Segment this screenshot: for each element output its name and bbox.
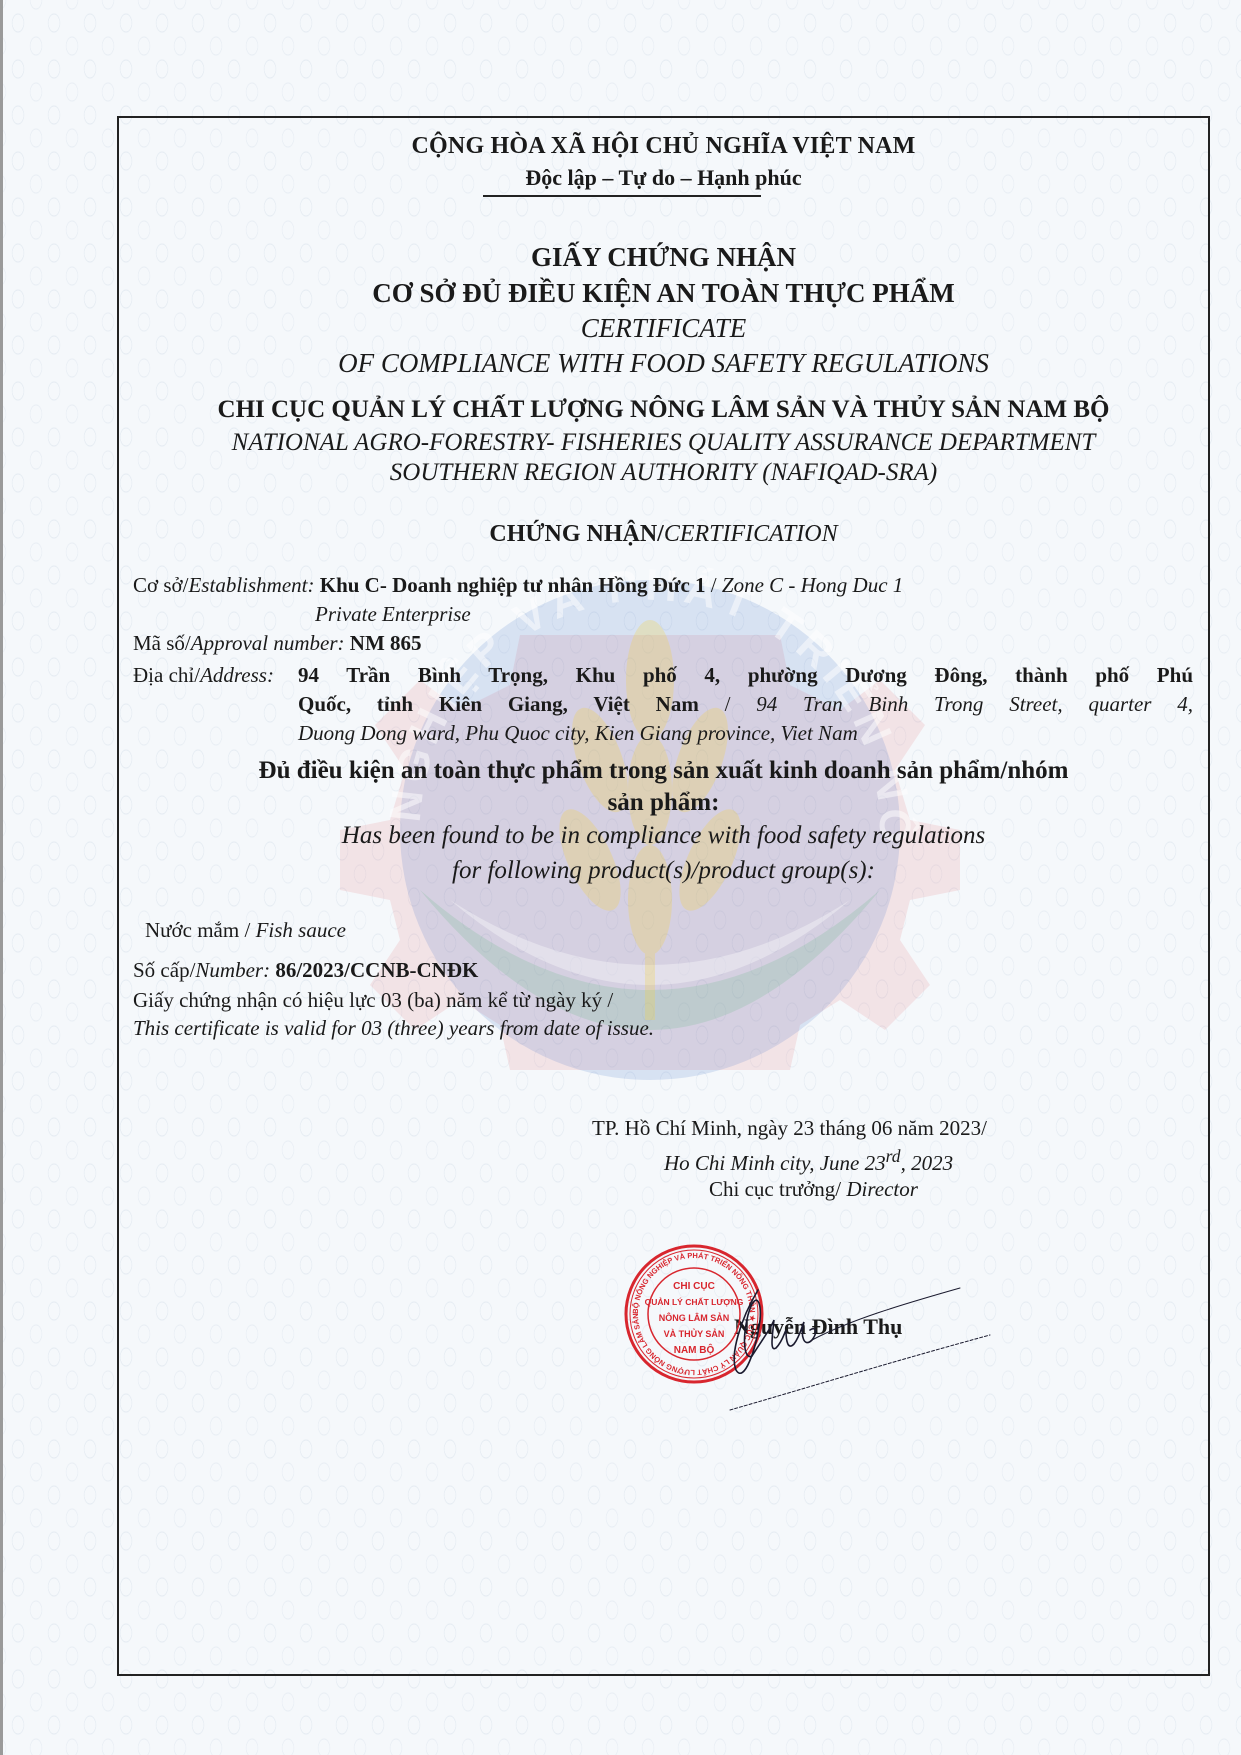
signer-role: Chi cục trưởng/ Director [709, 1177, 918, 1202]
validity-en: This certificate is valid for 03 (three)… [133, 1014, 654, 1042]
issuer-en-line2: SOUTHERN REGION AUTHORITY (NAFIQAD-SRA) [117, 459, 1210, 487]
issuer-en-line1: NATIONAL AGRO-FORESTRY- FISHERIES QUALIT… [117, 429, 1210, 457]
issuer-vi: CHI CỤC QUẢN LÝ CHẤT LƯỢNG NÔNG LÂM SẢN … [117, 396, 1210, 424]
handwritten-signature-icon [700, 1260, 1000, 1430]
certificate-number-row: Số cấp/Number: 86/2023/CCNB-CNĐK [133, 956, 478, 984]
certification-heading: CHỨNG NHẬN/CERTIFICATION [117, 521, 1210, 548]
approval-number: NM 865 [350, 631, 422, 655]
certificate-number: 86/2023/CCNB-CNĐK [275, 958, 478, 982]
approval-row: Mã số/Approval number: NM 865 [133, 629, 422, 657]
compliance-en-line2: for following product(s)/product group(s… [117, 857, 1210, 885]
motto-underline [483, 195, 761, 197]
scan-edge [0, 0, 3, 1755]
compliance-en-line1: Has been found to be in compliance with … [117, 822, 1210, 850]
address-label: Địa chỉ/Address: [133, 661, 274, 689]
national-motto: Độc lập – Tự do – Hạnh phúc [117, 165, 1210, 191]
country-name: CỘNG HÒA XÃ HỘI CHỦ NGHĨA VIỆT NAM [117, 133, 1210, 160]
issue-date-en: Ho Chi Minh city, June 23rd, 2023 [664, 1146, 953, 1176]
title-vi-line1: GIẤY CHỨNG NHẬN [117, 242, 1210, 273]
validity-vi: Giấy chứng nhận có hiệu lực 03 (ba) năm … [133, 986, 613, 1014]
establishment-label-vi: Cơ sở/ [133, 573, 188, 597]
establishment-label-en: Establishment: [188, 573, 314, 597]
compliance-vi-line2: sản phẩm: [117, 789, 1210, 817]
title-en-line2: OF COMPLIANCE WITH FOOD SAFETY REGULATIO… [117, 348, 1210, 379]
address-en-line3: Duong Dong ward, Phu Quoc city, Kien Gia… [298, 719, 858, 747]
title-vi-line2: CƠ SỞ ĐỦ ĐIỀU KIỆN AN TOÀN THỰC PHẨM [117, 278, 1210, 309]
establishment-value-en: Zone C - Hong Duc 1 [722, 573, 903, 597]
establishment-row: Cơ sở/Establishment: Khu C- Doanh nghiệp… [133, 571, 1193, 599]
compliance-vi-line1: Đủ điều kiện an toàn thực phẩm trong sản… [117, 757, 1210, 785]
establishment-value-vi: Khu C- Doanh nghiệp tư nhân Hồng Đức 1 [320, 573, 706, 597]
title-en-line1: CERTIFICATE [117, 313, 1210, 344]
address-vi-line1: 94 Trần Bình Trọng, Khu phố 4, phường Dư… [298, 661, 1193, 689]
address-line2: Quốc, tỉnh Kiên Giang, Việt Nam / 94 Tra… [298, 690, 1193, 718]
issue-date-vi: TP. Hồ Chí Minh, ngày 23 tháng 06 năm 20… [592, 1116, 987, 1141]
establishment-value-en-cont: Private Enterprise [315, 600, 471, 628]
product: Nước mắm / Fish sauce [145, 916, 346, 944]
